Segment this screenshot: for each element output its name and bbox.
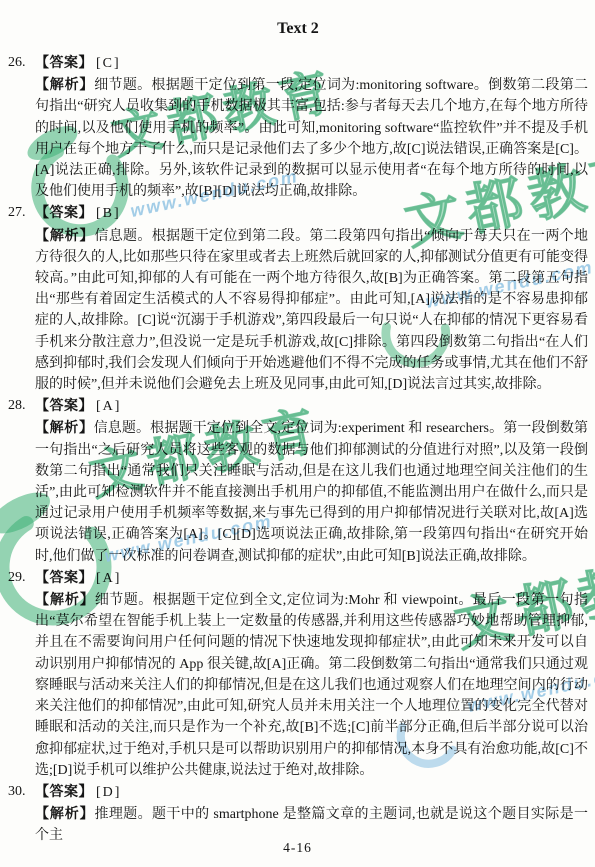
answer-item-26: 26. 【答案】[C] 【解析】细节题。根据题干定位到第一段,定位词为:moni… — [8, 52, 588, 202]
analysis-paragraph: 【解析】信息题。根据题干定位到第二段。第二段第四句指出“倾向于每天只在一两个地方… — [35, 225, 588, 396]
analysis-text: 信息题。根据题干定位到第二段。第二段第四句指出“倾向于每天只在一两个地方待很久的… — [35, 229, 588, 392]
analysis-text: 信息题。根据题干定位到全文,定位词为:experiment 和 research… — [35, 421, 588, 563]
answer-label: 【答案】 — [35, 397, 93, 413]
scanned-answer-page: 文都教育 www.wendu.com 文都教育 www.wendu.com 文都… — [0, 0, 595, 867]
answer-line: 【答案】[C] — [35, 52, 588, 74]
item-number: 29. — [8, 567, 26, 588]
answer-item-27: 27. 【答案】[B] 【解析】信息题。根据题干定位到第二段。第二段第四句指出“… — [8, 202, 588, 395]
answer-label: 【答案】 — [35, 569, 93, 585]
page-number: 4-16 — [0, 837, 595, 858]
analysis-text: 细节题。根据题干定位到第一段,定位词为:monitoring software。… — [35, 78, 588, 199]
answer-value: [C] — [93, 56, 121, 71]
answer-value: [A] — [93, 571, 121, 586]
answer-item-29: 29. 【答案】[A] 【解析】细节题。根据题干定位到全文,定位词为:Mohr … — [8, 567, 588, 781]
page-title: Text 2 — [8, 20, 588, 38]
analysis-label: 【解析】 — [35, 76, 94, 92]
analysis-label: 【解析】 — [35, 591, 95, 607]
answer-label: 【答案】 — [35, 204, 93, 220]
analysis-label: 【解析】 — [35, 419, 94, 435]
analysis-label: 【解析】 — [35, 227, 94, 243]
answer-value: [B] — [93, 206, 121, 221]
answer-value: [D] — [93, 785, 121, 800]
item-number: 26. — [8, 52, 26, 73]
analysis-paragraph: 【解析】细节题。根据题干定位到第一段,定位词为:monitoring softw… — [35, 74, 588, 202]
answer-value: [A] — [93, 399, 121, 414]
answer-line: 【答案】[A] — [35, 395, 588, 417]
answer-line: 【答案】[A] — [35, 567, 588, 589]
item-number: 28. — [8, 395, 26, 416]
answer-label: 【答案】 — [35, 783, 93, 799]
answer-item-28: 28. 【答案】[A] 【解析】信息题。根据题干定位到全文,定位词为:exper… — [8, 395, 588, 567]
answer-label: 【答案】 — [35, 54, 93, 70]
answer-line: 【答案】[D] — [35, 781, 588, 803]
analysis-label: 【解析】 — [35, 805, 95, 821]
analysis-paragraph: 【解析】细节题。根据题干定位到全文,定位词为:Mohr 和 viewpoint。… — [35, 589, 588, 781]
item-number: 30. — [8, 781, 26, 802]
analysis-paragraph: 【解析】信息题。根据题干定位到全文,定位词为:experiment 和 rese… — [35, 417, 588, 566]
item-number: 27. — [8, 202, 26, 223]
analysis-text: 细节题。根据题干定位到全文,定位词为:Mohr 和 viewpoint。最后一段… — [35, 593, 588, 778]
answer-line: 【答案】[B] — [35, 202, 588, 224]
page-content: Text 2 26. 【答案】[C] 【解析】细节题。根据题干定位到第一段,定位… — [0, 0, 595, 847]
